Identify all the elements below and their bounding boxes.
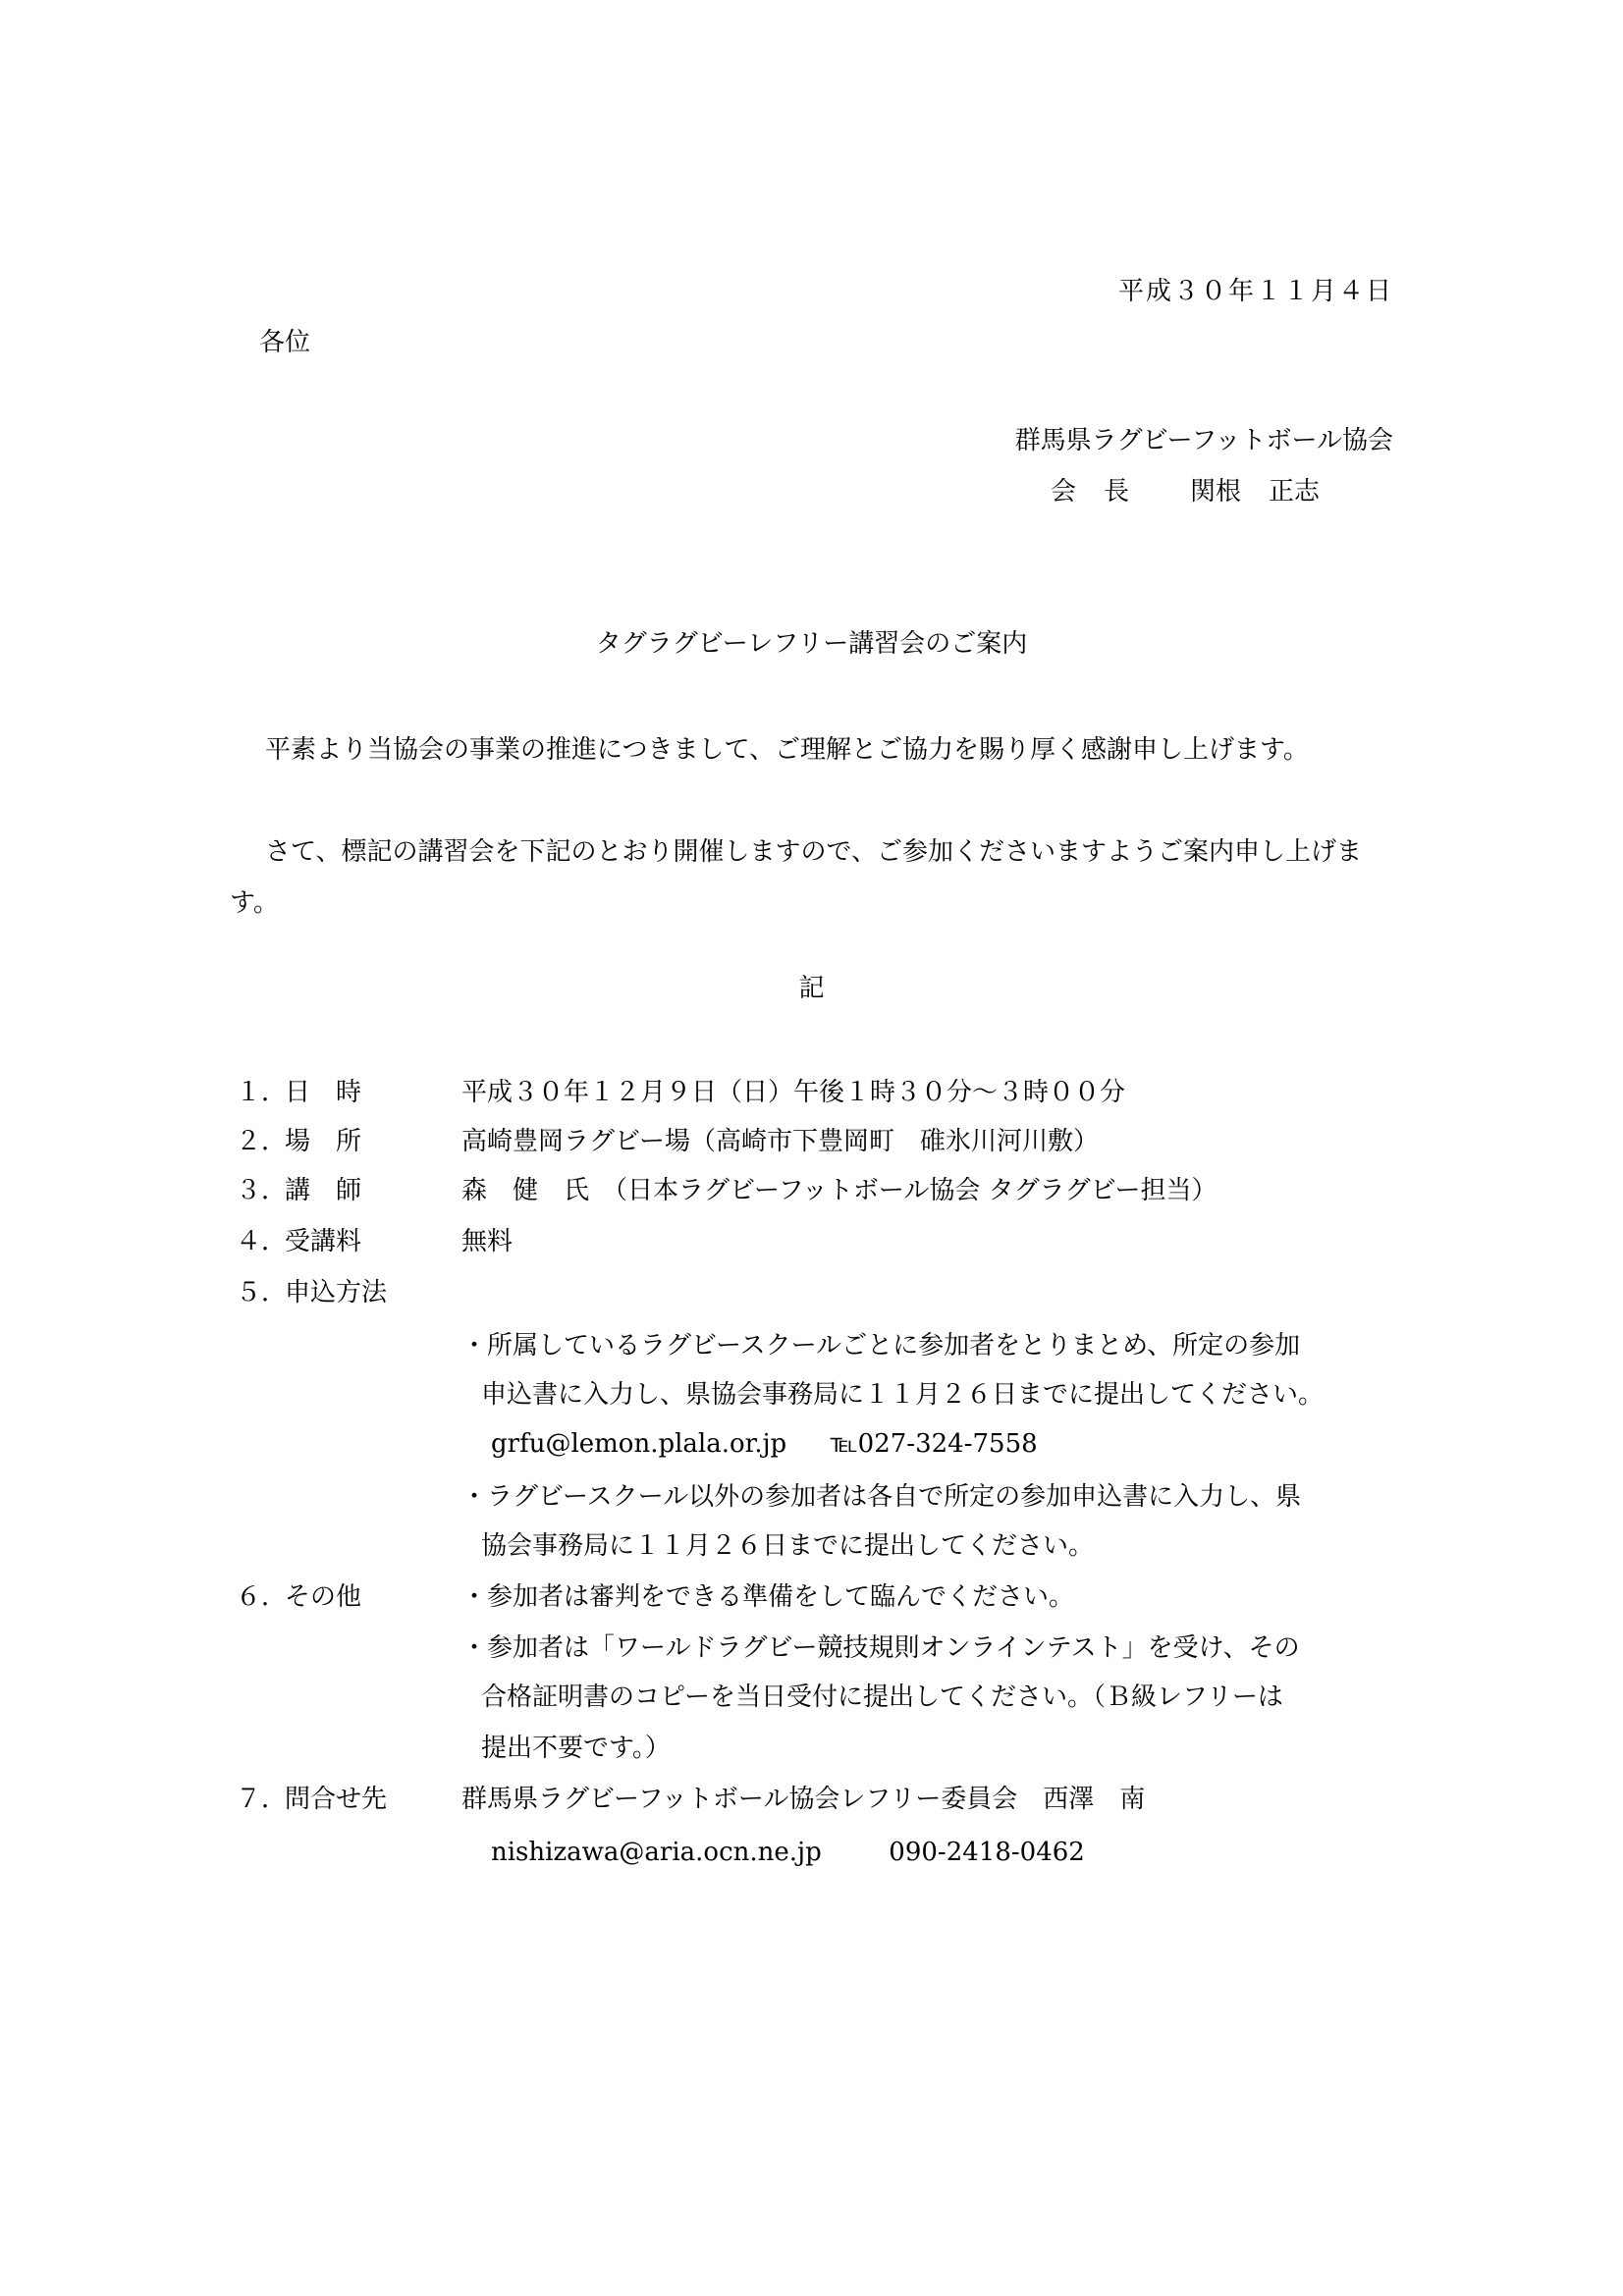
issue-date: 平成３０年１１月４日	[1118, 279, 1393, 304]
recipient: 各位	[259, 330, 310, 355]
item-label: 問合せ先	[285, 1787, 387, 1812]
other-bullet-2: ・参加者は「ワールドラグビー競技規則オンラインテスト」を受け、その	[461, 1635, 1300, 1661]
item-number: ６．	[236, 1584, 287, 1610]
application-email-link[interactable]: grfu@lemon.plala.or.jp	[491, 1429, 786, 1459]
application-bullet-1-cont: 申込書に入力し、県協会事務局に１１月２６日までに提出してください。	[481, 1382, 1324, 1408]
sender-name-part: 関根	[1190, 477, 1241, 507]
application-phone: 027-324-7558	[858, 1429, 1038, 1459]
item-label: 講 師	[285, 1178, 361, 1203]
sender-title-part: 長	[1104, 477, 1129, 507]
item-number: ３．	[236, 1178, 287, 1203]
contact-phone: 090-2418-0462	[889, 1838, 1085, 1867]
item-number: ２．	[236, 1129, 287, 1154]
other-bullet-2-cont: 合格証明書のコピーを当日受付に提出してください。（Ｂ級レフリーは	[481, 1684, 1283, 1710]
application-bullet-2: ・ラグビースクール以外の参加者は各自で所定の参加申込書に入力し、県	[461, 1484, 1301, 1510]
ki-heading: 記	[0, 976, 1623, 1001]
announcement-paragraph: さて、標記の講習会を下記のとおり開催しますので、ご参加くださいますようご案内申し…	[230, 827, 1408, 929]
item-number: １．	[236, 1080, 287, 1105]
sender-organization: 群馬県ラグビーフットボール協会	[1015, 428, 1393, 454]
sender-name-part: 正志	[1269, 477, 1320, 507]
application-contact: grfu@lemon.plala.or.jp ℡027-324-7558	[491, 1431, 1038, 1457]
other-bullet-1: ・参加者は審判をできる準備をして臨んでください。	[461, 1584, 1074, 1610]
contact-email-link[interactable]: nishizawa@aria.ocn.ne.jp	[491, 1838, 822, 1867]
item-value-venue: 高崎豊岡ラグビー場（高崎市下豊岡町 碓氷川河川敷）	[461, 1129, 1099, 1154]
item-label: 受講料	[285, 1229, 361, 1255]
application-bullet-1: ・所属しているラグビースクールごとに参加者をとりまとめ、所定の参加	[461, 1333, 1300, 1359]
other-bullet-2-cont: 提出不要です。）	[481, 1735, 671, 1761]
item-number: ４．	[236, 1229, 287, 1255]
item-value-instructor: 森 健 氏 （日本ラグビーフットボール協会 タグラグビー担当）	[461, 1178, 1217, 1203]
item-value-datetime: 平成３０年１２月９日（日）午後１時３０分～３時００分	[461, 1080, 1125, 1105]
item-value-fee: 無料	[461, 1229, 513, 1255]
item-label: 日 時	[285, 1080, 361, 1105]
sender-title-part: 会	[1051, 477, 1076, 507]
sender-signature: 会長関根正志	[1051, 479, 1320, 505]
item-label: 申込方法	[285, 1280, 387, 1306]
item-label: 場 所	[285, 1129, 361, 1154]
greeting-paragraph: 平素より当協会の事業の推進につきまして、ご理解とご協力を賜り厚く感謝申し上げます…	[230, 724, 1408, 775]
tel-icon: ℡	[831, 1429, 858, 1459]
contact-details: nishizawa@aria.ocn.ne.jp 090-2418-0462	[491, 1840, 1085, 1865]
item-number: ７．	[236, 1787, 287, 1812]
item-number: ５．	[236, 1280, 287, 1306]
item-value-contact: 群馬県ラグビーフットボール協会レフリー委員会 西澤 南	[461, 1787, 1145, 1812]
item-label: その他	[285, 1584, 361, 1610]
application-bullet-2-cont: 協会事務局に１１月２６日までに提出してください。	[481, 1533, 1094, 1559]
document-title: タグラグビーレフリー講習会のご案内	[0, 631, 1623, 657]
